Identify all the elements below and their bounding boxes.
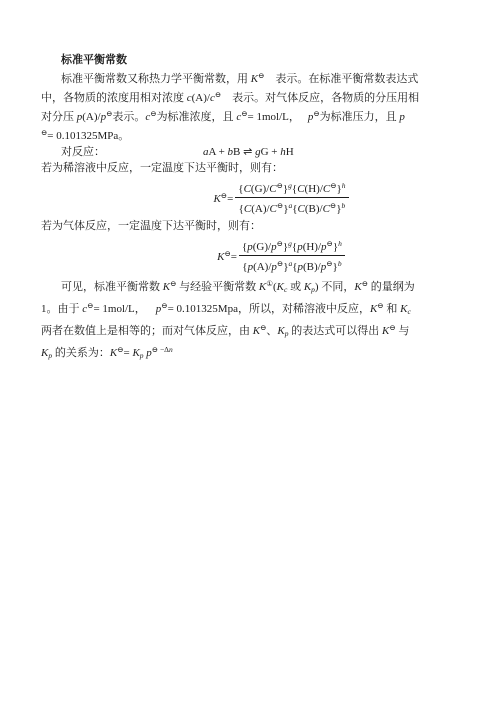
text-run: 可见，标准平衡常数 [61, 281, 163, 293]
paragraph3-line4: Kp 的关系为：K⊖= Kp p⊖ −Δn [41, 342, 461, 364]
paragraph3-line3: 两者在数值上是相等的；而对气体反应，由 K⊖、Kp 的表达式可以得出 K⊖ 与 [41, 320, 461, 342]
text-run: 中，各物质的浓度用相对浓度 [41, 92, 187, 104]
text-run: H [286, 146, 294, 158]
paragraph1-line2: 中，各物质的浓度用相对浓度 c(A)/c⊖ 表示。对气体反应，各物质的分压用相 [41, 87, 461, 106]
text-run: K [253, 325, 260, 337]
text-run: = [227, 193, 233, 205]
text-run: b [338, 259, 342, 268]
text-run: 表示。对气体反应，各物质的分压用相 [221, 92, 419, 104]
text-run: 两者在数值上是相等的；而对气体反应，由 [41, 325, 253, 337]
text-run: 标准平衡常数又称热力学平衡常数，用 [61, 73, 251, 85]
text-run: 与经验平衡常数 [176, 281, 259, 293]
document-content: 标准平衡常数标准平衡常数又称热力学平衡常数，用 K⊖ 表示。在标准平衡常数表达式… [41, 52, 461, 364]
text-run: A + [209, 146, 228, 158]
text-run: h [342, 181, 346, 190]
text-run: C [269, 183, 276, 195]
text-run: 与 [396, 325, 410, 337]
text-run: (G)/ [251, 183, 269, 195]
text-run: p [399, 111, 405, 123]
text-run: = [231, 251, 237, 263]
text-run: = 0.101325Mpa，所以，对稀溶液中反应， [168, 303, 370, 315]
fraction: {p(G)/p⊖}g{p(H)/p⊖}h{p(A)/p⊖}a{p(B)/p⊖}b [239, 236, 345, 274]
text-run: 对反应： [61, 146, 105, 158]
paragraph3-line1: 可见，标准平衡常数 K⊖ 与经验平衡常数 K①(Kc 或 Kp) 不同，K⊖ 的… [41, 276, 461, 298]
paragraph1-line4: ⊖= 0.101325MPa。 [41, 125, 461, 144]
text-run: (H)/ [303, 241, 321, 253]
reaction-equation-line: 对反应：aA + bB ⇌ gG + hH [41, 144, 461, 160]
text-run: ① [266, 279, 273, 288]
document-page: 标准平衡常数标准平衡常数又称热力学平衡常数，用 K⊖ 表示。在标准平衡常数表达式… [0, 0, 500, 708]
text-run: C [297, 183, 304, 195]
text-run: (B)/ [303, 261, 321, 273]
text-run: (H)/ [305, 183, 323, 195]
text-run: C [270, 203, 277, 215]
text-run: K [354, 281, 361, 293]
text-run: 为标准浓度，且 [157, 111, 237, 123]
text-run: 的量纲为 [368, 281, 415, 293]
text-run: (A)/ [251, 203, 269, 215]
text-run: 若为气体反应，一定温度下达平衡时，则有： [41, 220, 261, 232]
text-run: 或 [287, 281, 304, 293]
text-run: = 1mol/L， [93, 303, 145, 315]
text-run: K [213, 193, 220, 205]
text-run: 若为稀溶液中反应，一定温度下达平衡时，则有： [41, 162, 283, 174]
text-run: 标准平衡常数 [61, 54, 127, 66]
text-run: 、 [266, 325, 277, 337]
equilibrium-formula-pressure: K⊖={p(G)/p⊖}g{p(H)/p⊖}h{p(A)/p⊖}a{p(B)/p… [41, 236, 461, 274]
text-run: K [277, 325, 284, 337]
text-run: (A)/ [82, 111, 100, 123]
fraction-denominator: {p(A)/p⊖}a{p(B)/p⊖}b [239, 256, 345, 274]
solution-condition-line: 若为稀溶液中反应，一定温度下达平衡时，则有： [41, 160, 461, 176]
fraction-denominator: {C(A)/C⊖}a{C(B)/C⊖}b [235, 198, 348, 216]
text-run: ⊖ −Δ [152, 345, 169, 354]
text-run: 为标准压力，且 [320, 111, 400, 123]
paragraph1-line1: 标准平衡常数又称热力学平衡常数，用 K⊖ 表示。在标准平衡常数表达式 [41, 68, 461, 87]
fraction: {C(G)/C⊖}g{C(H)/C⊖}h{C(A)/C⊖}a{C(B)/C⊖}b [235, 178, 348, 216]
text-run: p [140, 351, 144, 360]
text-run: (G)/ [253, 241, 271, 253]
text-run: K [163, 281, 170, 293]
text-run: 和 [384, 303, 401, 315]
text-run: 对分压 [41, 111, 77, 123]
text-run: 表示。 [112, 111, 145, 123]
text-run: C [298, 203, 305, 215]
section-heading: 标准平衡常数 [41, 52, 461, 68]
formula-lhs: K⊖= [213, 188, 233, 207]
text-run: n [169, 345, 173, 354]
text-run: C [323, 203, 330, 215]
equilibrium-formula-concentration: K⊖={C(G)/C⊖}g{C(H)/C⊖}h{C(A)/C⊖}a{C(B)/C… [41, 178, 461, 216]
text-run: (A)/ [253, 261, 271, 273]
text-run: c [407, 307, 410, 316]
text-run: K [251, 73, 258, 85]
text-run: B [233, 146, 243, 158]
text-run: K [277, 281, 284, 293]
text-run: (A)/ [192, 92, 210, 104]
paragraph3-line2: 1。由于 c⊖= 1mol/L，p⊖= 0.101325Mpa，所以，对稀溶液中… [41, 298, 461, 320]
text-run: = 1mol/L， [248, 111, 300, 123]
text-run: G + [261, 146, 281, 158]
paragraph1-line3: 对分压 p(A)/p⊖表示。c⊖为标准浓度，且 c⊖= 1mol/L，p⊖为标准… [41, 106, 461, 125]
text-run: b [342, 201, 346, 210]
text-run: ) 不同， [315, 281, 354, 293]
text-run: = 0.101325MPa。 [47, 130, 129, 142]
text-run: (B)/ [305, 203, 323, 215]
text-run: h [338, 239, 342, 248]
text-run: 1。由于 [41, 303, 82, 315]
text-run: 的关系为： [52, 347, 110, 359]
text-run: C [244, 183, 251, 195]
fraction-numerator: {C(G)/C⊖}g{C(H)/C⊖}h [235, 178, 348, 198]
gas-condition-line: 若为气体反应，一定温度下达平衡时，则有： [41, 218, 461, 234]
text-run: 表示。在标准平衡常数表达式 [264, 73, 418, 85]
text-run: 的表达式可以得出 [288, 325, 382, 337]
formula-lhs: K⊖= [217, 246, 237, 265]
text-run: ⇌ [243, 145, 252, 158]
fraction-numerator: {p(G)/p⊖}g{p(H)/p⊖}h [239, 236, 345, 256]
text-run: K [132, 347, 139, 359]
